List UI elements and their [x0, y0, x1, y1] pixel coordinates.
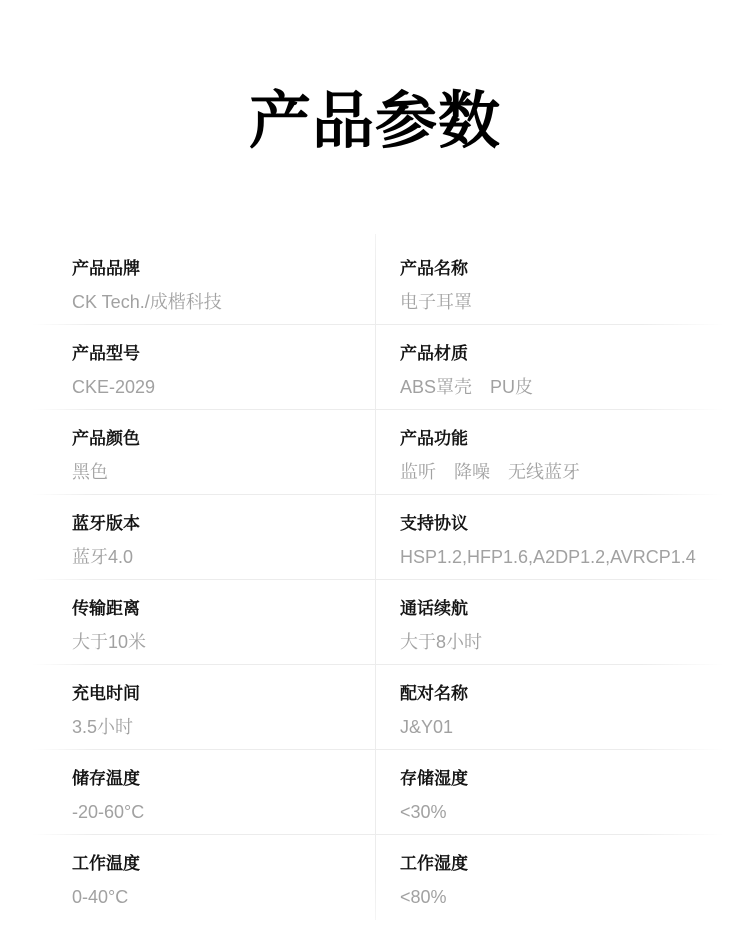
spec-label: 产品品牌 [72, 257, 375, 281]
spec-cell-model: 产品型号 CKE-2029 [40, 325, 375, 410]
spec-row: 传输距离 大于10米 通话续航 大于8小时 [40, 580, 710, 665]
spec-value: CK Tech./成楷科技 [72, 290, 375, 314]
spec-value: 蓝牙4.0 [72, 545, 375, 569]
spec-value: 3.5小时 [72, 715, 375, 739]
spec-cell-charge-time: 充电时间 3.5小时 [40, 665, 375, 750]
spec-cell-storage-humidity: 存储湿度 <30% [375, 750, 710, 835]
spec-cell-material: 产品材质 ABS罩壳 PU皮 [375, 325, 710, 410]
spec-label: 支持协议 [400, 512, 710, 536]
spec-label: 存储湿度 [400, 767, 710, 791]
spec-label: 储存温度 [72, 767, 375, 791]
spec-row: 工作温度 0-40°C 工作湿度 <80% [40, 835, 710, 920]
spec-cell-working-temperature: 工作温度 0-40°C [40, 835, 375, 920]
spec-value: <30% [400, 800, 710, 824]
spec-value: 大于8小时 [400, 630, 710, 654]
spec-row: 产品颜色 黑色 产品功能 监听 降噪 无线蓝牙 [40, 410, 710, 495]
spec-label: 工作温度 [72, 852, 375, 876]
spec-label: 产品型号 [72, 342, 375, 366]
spec-cell-talk-time: 通话续航 大于8小时 [375, 580, 710, 665]
spec-label: 工作湿度 [400, 852, 710, 876]
spec-value: 监听 降噪 无线蓝牙 [400, 460, 710, 484]
spec-label: 充电时间 [72, 682, 375, 706]
spec-value: J&Y01 [400, 715, 710, 739]
spec-value: <80% [400, 885, 710, 909]
spec-value: 大于10米 [72, 630, 375, 654]
spec-row: 产品型号 CKE-2029 产品材质 ABS罩壳 PU皮 [40, 325, 710, 410]
spec-value: -20-60°C [72, 800, 375, 824]
spec-row: 充电时间 3.5小时 配对名称 J&Y01 [40, 665, 710, 750]
spec-value: 0-40°C [72, 885, 375, 909]
spec-cell-function: 产品功能 监听 降噪 无线蓝牙 [375, 410, 710, 495]
spec-label: 产品名称 [400, 257, 710, 281]
spec-cell-transmission-distance: 传输距离 大于10米 [40, 580, 375, 665]
spec-cell-color: 产品颜色 黑色 [40, 410, 375, 495]
spec-cell-product-name: 产品名称 电子耳罩 [375, 240, 710, 325]
spec-table: 产品品牌 CK Tech./成楷科技 产品名称 电子耳罩 产品型号 CKE-20… [40, 240, 710, 920]
spec-cell-pairing-name: 配对名称 J&Y01 [375, 665, 710, 750]
spec-label: 通话续航 [400, 597, 710, 621]
spec-cell-working-humidity: 工作湿度 <80% [375, 835, 710, 920]
spec-cell-brand: 产品品牌 CK Tech./成楷科技 [40, 240, 375, 325]
spec-value: ABS罩壳 PU皮 [400, 375, 710, 399]
spec-value: 黑色 [72, 460, 375, 484]
spec-label: 产品功能 [400, 427, 710, 451]
spec-value: 电子耳罩 [400, 290, 710, 314]
spec-cell-storage-temperature: 储存温度 -20-60°C [40, 750, 375, 835]
spec-value: HSP1.2,HFP1.6,A2DP1.2,AVRCP1.4 [400, 545, 710, 569]
spec-cell-protocols: 支持协议 HSP1.2,HFP1.6,A2DP1.2,AVRCP1.4 [375, 495, 710, 580]
spec-row: 产品品牌 CK Tech./成楷科技 产品名称 电子耳罩 [40, 240, 710, 325]
spec-row: 储存温度 -20-60°C 存储湿度 <30% [40, 750, 710, 835]
spec-cell-bluetooth-version: 蓝牙版本 蓝牙4.0 [40, 495, 375, 580]
page-title: 产品参数 [0, 0, 750, 153]
spec-label: 配对名称 [400, 682, 710, 706]
spec-label: 传输距离 [72, 597, 375, 621]
spec-label: 产品颜色 [72, 427, 375, 451]
spec-label: 蓝牙版本 [72, 512, 375, 536]
spec-label: 产品材质 [400, 342, 710, 366]
spec-row: 蓝牙版本 蓝牙4.0 支持协议 HSP1.2,HFP1.6,A2DP1.2,AV… [40, 495, 710, 580]
spec-value: CKE-2029 [72, 375, 375, 399]
